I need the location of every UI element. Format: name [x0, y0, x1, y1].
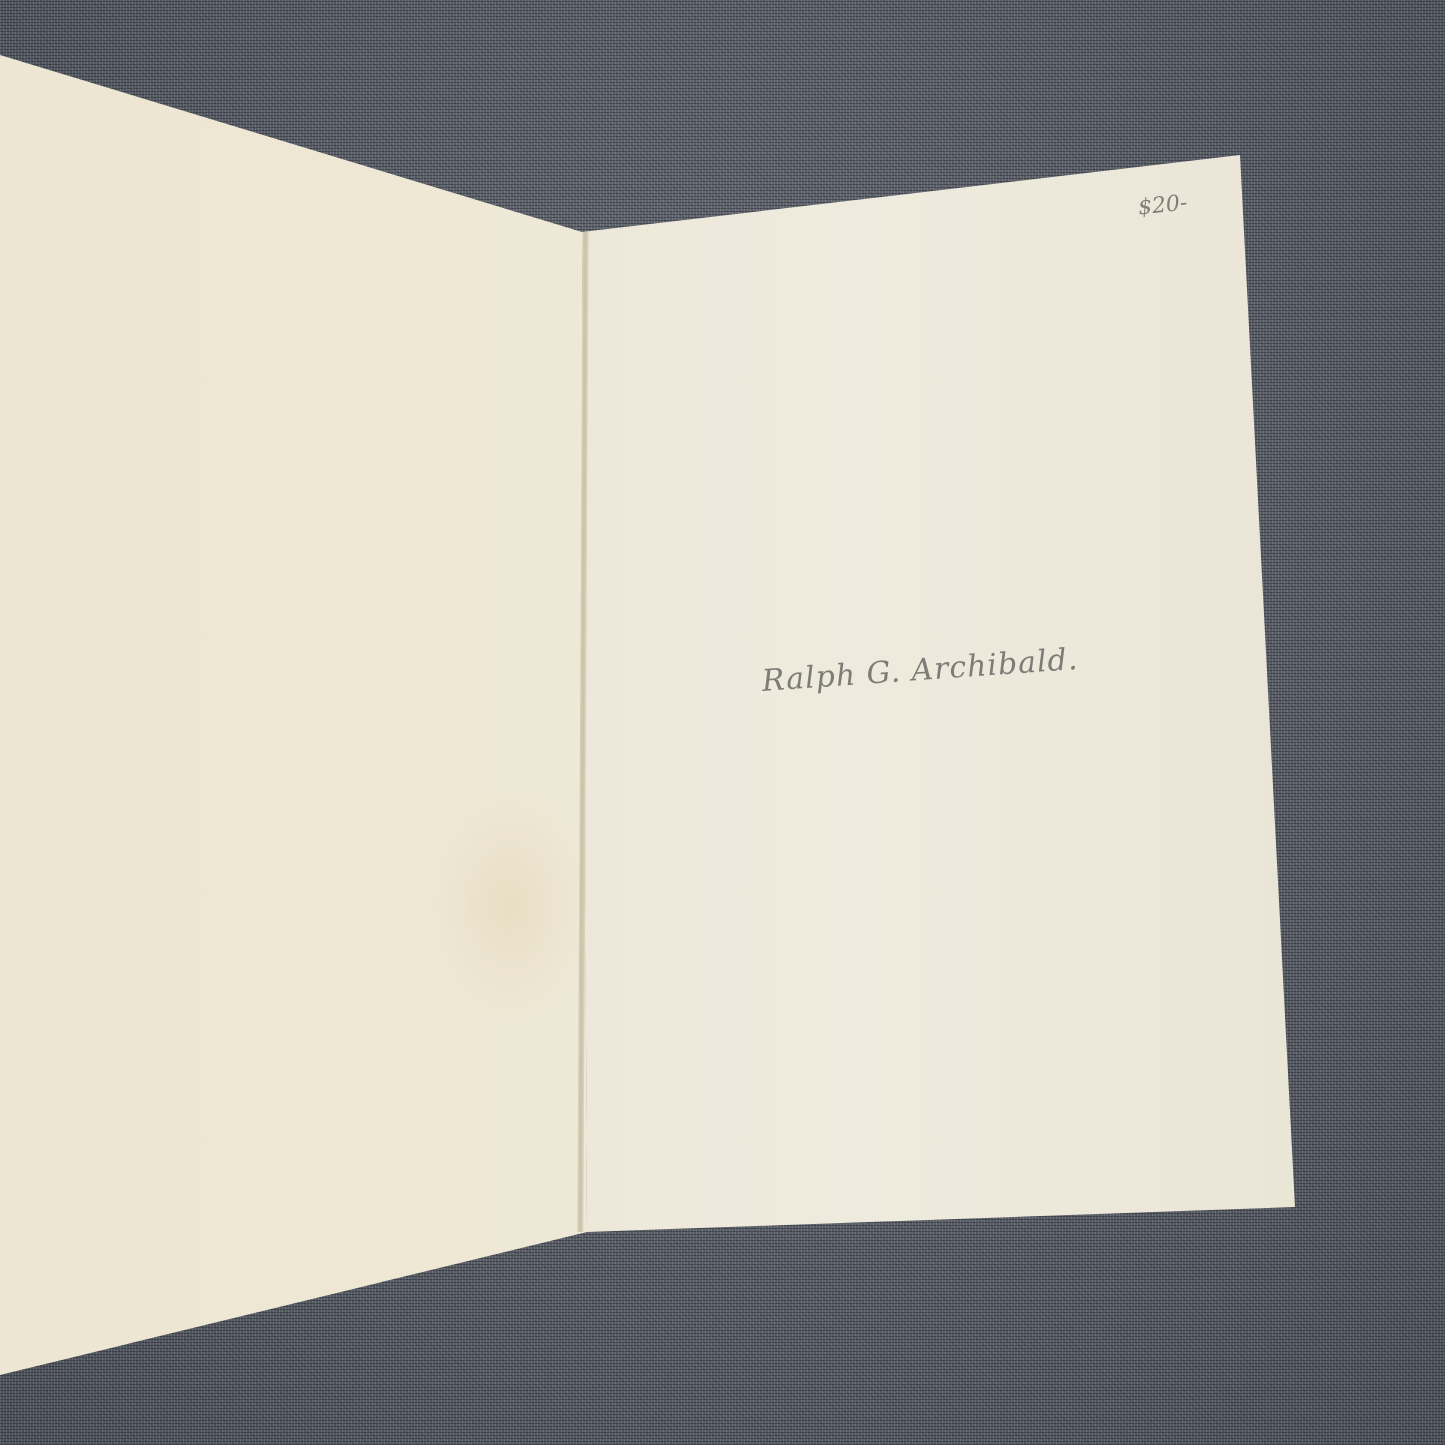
open-book: $20- Ralph G. Archibald.	[0, 0, 1445, 1445]
pencil-price-note: $20-	[1137, 190, 1189, 220]
page-stain	[430, 790, 590, 1020]
fabric-background: $20- Ralph G. Archibald.	[0, 0, 1445, 1445]
